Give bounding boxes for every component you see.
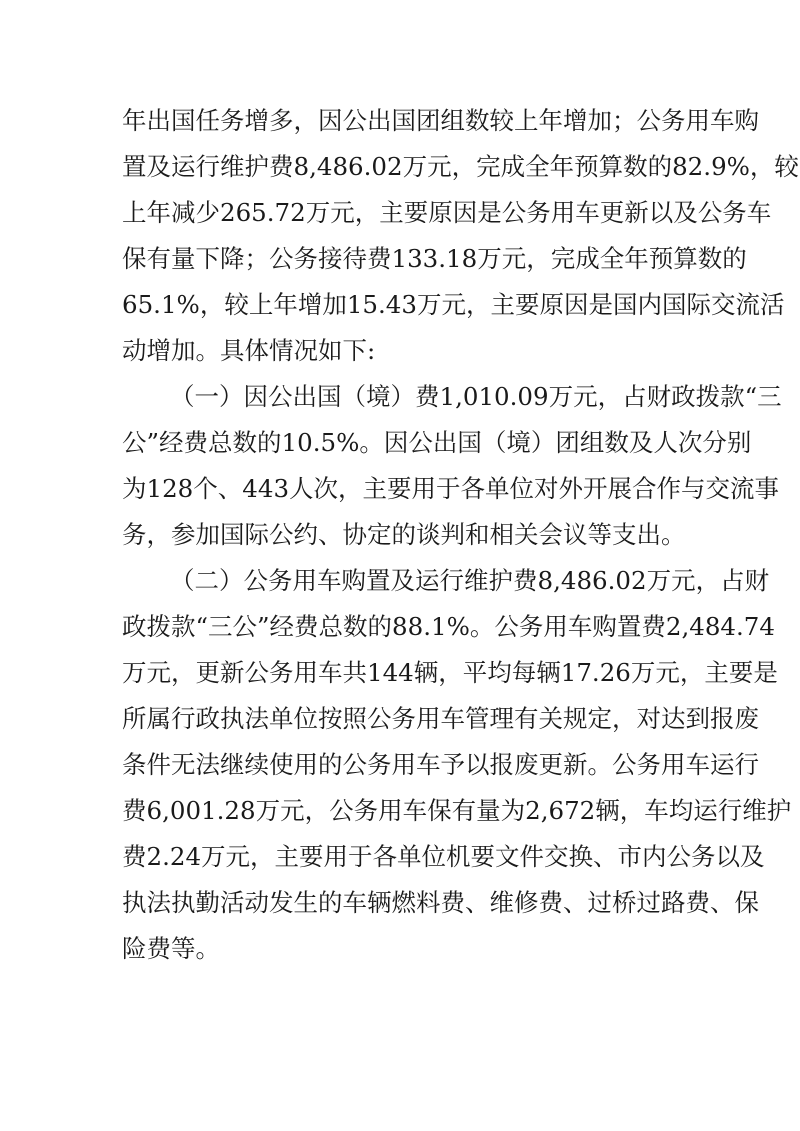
body-text-line: 务，参加国际公约、协定的谈判和相关会议等支出。 bbox=[122, 512, 682, 558]
body-text-line: 政拨款“三公”经费总数的88.1%。公务用车购置费2,484.74 bbox=[122, 604, 682, 650]
body-text-line: 费6,001.28万元，公务用车保有量为2,672辆，车均运行维护 bbox=[122, 788, 682, 834]
body-text-line: 保有量下降；公务接待费133.18万元，完成全年预算数的 bbox=[122, 236, 682, 282]
body-text-line: 上年减少265.72万元，主要原因是公务用车更新以及公务车 bbox=[122, 190, 682, 236]
body-text-line: 执法执勤活动发生的车辆燃料费、维修费、过桥过路费、保 bbox=[122, 880, 682, 926]
body-text-line: 所属行政执法单位按照公务用车管理有关规定，对达到报废 bbox=[122, 696, 682, 742]
body-text-line: 年出国任务增多，因公出国团组数较上年增加；公务用车购 bbox=[122, 98, 682, 144]
paragraph-1-first-line: （一）因公出国（境）费1,010.09万元，占财政拨款“三 bbox=[170, 374, 682, 420]
body-text-line: 为128个、443人次，主要用于各单位对外开展合作与交流事 bbox=[122, 466, 682, 512]
body-text-line: 动增加。具体情况如下: bbox=[122, 328, 682, 374]
body-text-line: 万元，更新公务用车共144辆，平均每辆17.26万元，主要是 bbox=[122, 650, 682, 696]
body-text-line: 险费等。 bbox=[122, 926, 682, 972]
paragraph-2-first-line: （二）公务用车购置及运行维护费8,486.02万元，占财 bbox=[170, 558, 682, 604]
document-page: 年出国任务增多，因公出国团组数较上年增加；公务用车购 置及运行维护费8,486.… bbox=[0, 0, 800, 1131]
body-text-line: 费2.24万元，主要用于各单位机要文件交换、市内公务以及 bbox=[122, 834, 682, 880]
body-text-line: 条件无法继续使用的公务用车予以报废更新。公务用车运行 bbox=[122, 742, 682, 788]
body-text-line: 置及运行维护费8,486.02万元，完成全年预算数的82.9%，较 bbox=[122, 144, 682, 190]
body-text-line: 65.1%，较上年增加15.43万元，主要原因是国内国际交流活 bbox=[122, 282, 682, 328]
body-text-line: 公”经费总数的10.5%。因公出国（境）团组数及人次分别 bbox=[122, 420, 682, 466]
